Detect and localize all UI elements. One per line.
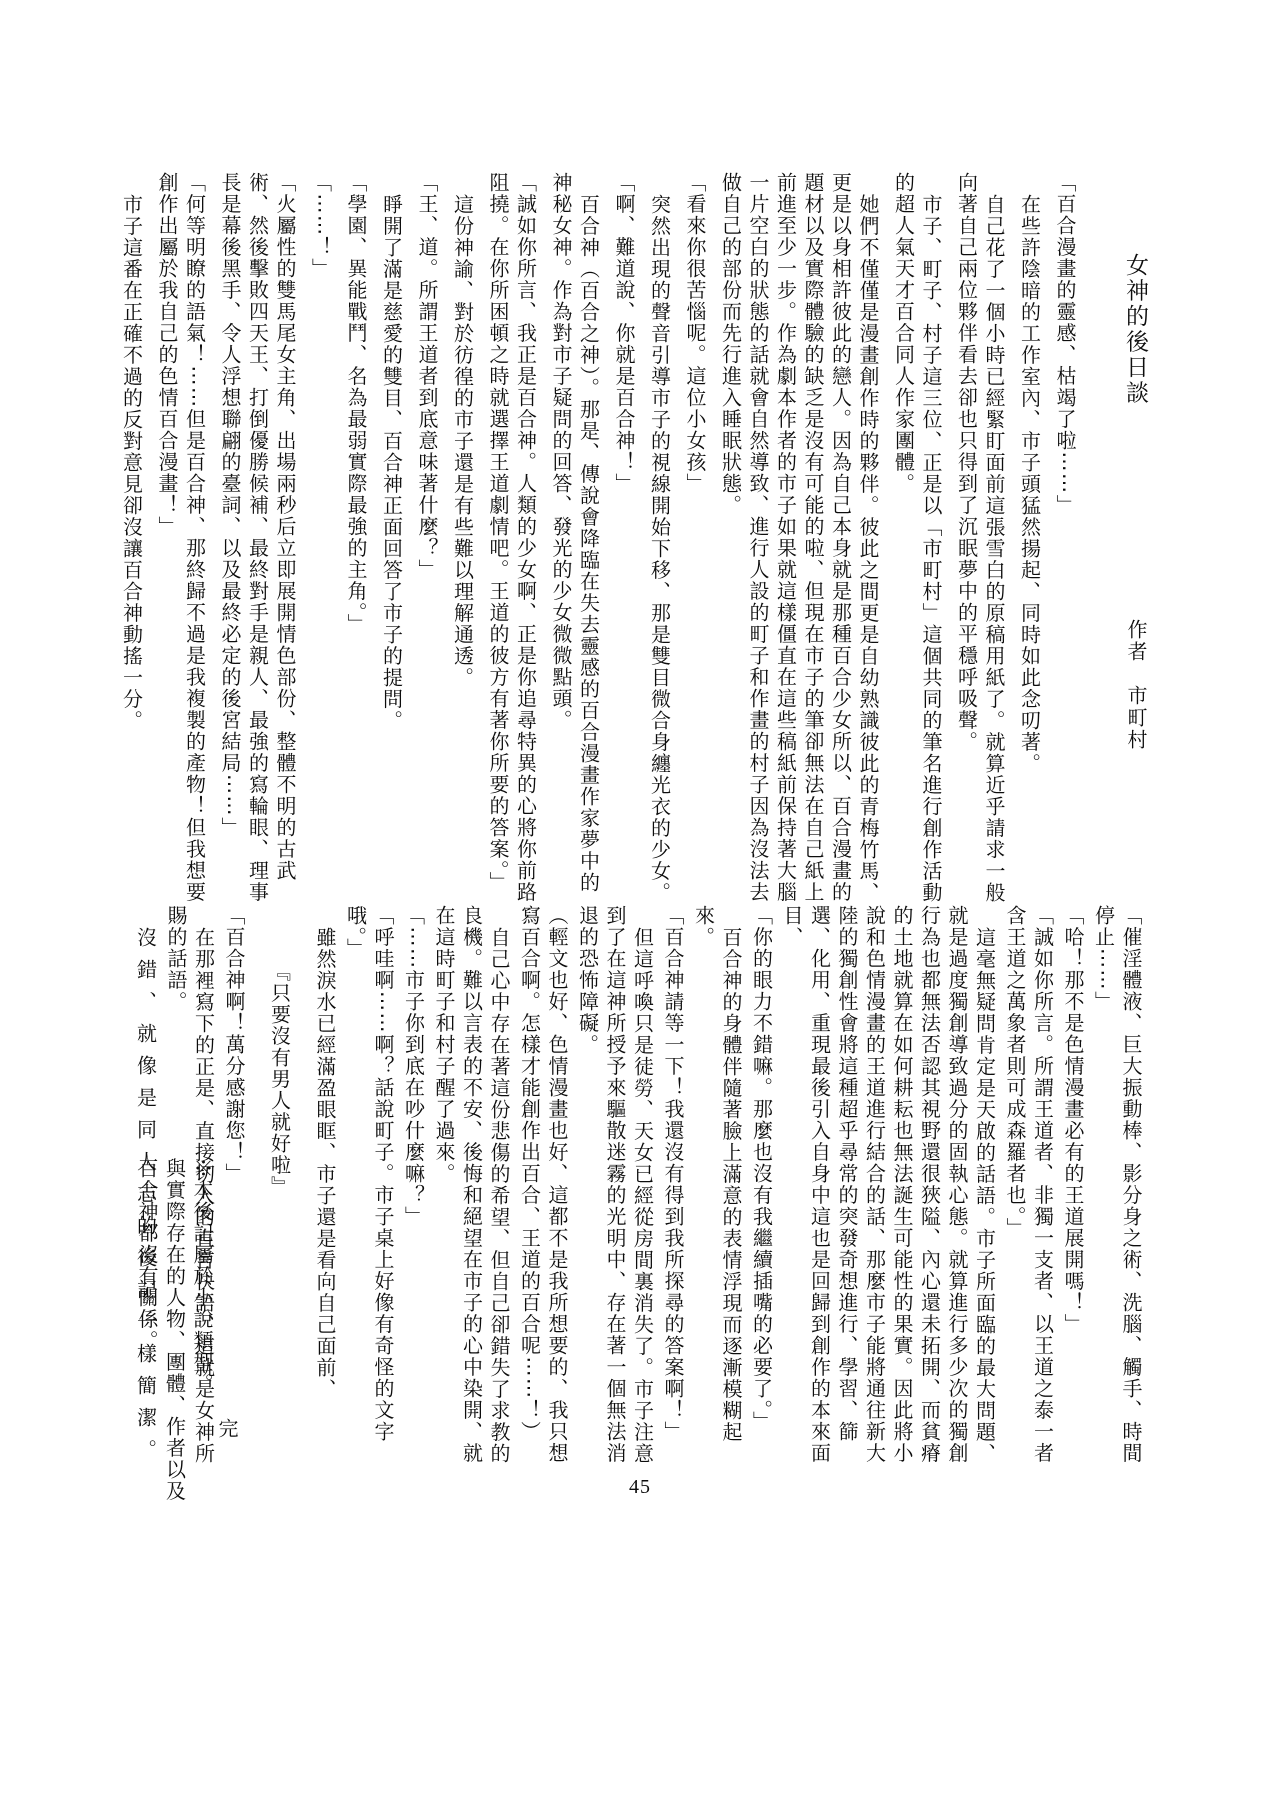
paragraph: 百合神（百合之神）。那是、傳說會降臨在失去靈感的百合漫畫作家夢中的神秘女神。作為…	[546, 172, 601, 914]
paragraph: 「催淫體液、巨大振動棒、影分身之術、洗腦、觸手、時間停止⋯⋯」	[1088, 905, 1143, 1477]
paragraph: 「何等明瞭的語氣！⋯⋯但是百合神、那終歸不過是我複製的產物！但我想要創作出屬於我…	[152, 172, 207, 914]
paragraph: 「火屬性的雙馬尾女主角、出場兩秒后立即展開情色部份、整體不明的古武術、然後擊敗四…	[215, 172, 298, 914]
page-header: 女神的後日談 作者 市町村	[1115, 253, 1155, 773]
paragraph: 她們不僅僅是漫畫創作時的夥伴。彼此之間更是自幼熟識彼此的青梅竹馬、更是以身相許彼…	[715, 172, 880, 914]
paragraph: （輕文也好、色情漫畫也好、這都不是我所想要的、我只想寫百合啊。怎樣才能創作出百合…	[514, 905, 569, 1477]
paragraph: 「百合神請等一下！我還沒有得到我所探尋的答案啊！」	[658, 905, 686, 1477]
afterword-page: 女神的後日談 作者 市町村 「百合漫畫的靈感、枯竭了啦⋯⋯」在些許陰暗的工作室內…	[0, 0, 1280, 1808]
end-mark: 完	[212, 1418, 241, 1438]
paragraph: 「哈！那不是色情漫畫必有的王道展開嗎！」	[1058, 905, 1086, 1477]
paragraph: 「百合漫畫的靈感、枯竭了啦⋯⋯」	[1050, 172, 1078, 914]
paragraph: 但這呼喚只是徒勞、天女已經從房間裏消失了。市子注意到了在這神所授予來驅散迷霧的光…	[572, 905, 655, 1477]
paragraph: 「⋯⋯市子你到底在吵什麼嘛？」	[398, 905, 426, 1477]
disclaimer-note: ※本後記屬於小說類型。與實際存在的人物、團體、作者以及百合神都沒有關係。	[128, 1158, 214, 1510]
paragraph: 睜開了滿是慈愛的雙目、百合神正面回答了市子的提問。	[376, 172, 404, 914]
paragraph: 「⋯⋯！」	[305, 172, 333, 914]
paragraph: 在些許陰暗的工作室內、市子頭猛然揚起、同時如此念叨著。	[1014, 172, 1042, 914]
paragraph: 「呼哇啊⋯⋯啊？話說町子。市子桌上好像有奇怪的文字哦。」	[340, 905, 395, 1477]
story-lower-block: 「催淫體液、巨大振動棒、影分身之術、洗腦、觸手、時間停止⋯⋯」「哈！那不是色情漫…	[208, 905, 1143, 1477]
page-title: 女神的後日談	[1123, 253, 1148, 406]
paragraph: 與實際存在的人物、團體、作者以及百合神都沒有關係。	[132, 1158, 187, 1510]
paragraph: 自己花了一個小時已經緊盯面前這張雪白的原稿用紙了。就算近乎請求一般向著自己兩位夥…	[951, 172, 1006, 914]
paragraph: ※本後記屬於小說類型。	[187, 1158, 215, 1510]
paragraph: 雖然淚水已經滿盈眼眶、市子還是看向自己面前、	[310, 905, 338, 1477]
author-credit: 作者 市町村	[1124, 619, 1146, 751]
paragraph: 百合神的身體伴隨著臉上滿意的表情浮現而逐漸模糊起來。	[688, 905, 743, 1477]
paragraph: 「誠如你所言。所謂王道者、非獨一支者、以王道之泰一者含王道之萬象者則可成森羅者也…	[1000, 905, 1055, 1477]
paragraph: 這份神諭、對於彷徨的市子還是有些難以理解通透。	[447, 172, 475, 914]
paragraph: 「誠如你所言、我正是百合神。人類的少女啊、正是你追尋特異的心將你前路阻撓。在你所…	[483, 172, 538, 914]
paragraph: 「啊、難道說、你就是百合神！」	[609, 172, 637, 914]
story-upper-block: 「百合漫畫的靈感、枯竭了啦⋯⋯」在些許陰暗的工作室內、市子頭猛然揚起、同時如此念…	[107, 172, 1077, 914]
paragraph: 「百合神啊！萬分感謝您！」	[219, 905, 247, 1477]
paragraph: 「看來你很苦惱呢。這位小女孩」	[680, 172, 708, 914]
goddess-quote-line: 『只要沒有男人就好啦』	[264, 905, 292, 1477]
paragraph: 「你的眼力不錯嘛。那麼也沒有我繼續插嘴的必要了。」	[746, 905, 774, 1477]
paragraph: 市子這番在正確不過的反對意見卻沒讓百合神動搖一分。	[116, 172, 144, 914]
paragraph: 自己心中存在著這份悲傷的希望、但自己卻錯失了求教的良機。難以言表的不安、後悔和絕…	[429, 905, 512, 1477]
paragraph: 這毫無疑問肯定是天啟的話語。市子所面臨的最大問題、就是過度獨創導致過分的固執心態…	[777, 905, 997, 1477]
paragraph: 突然出現的聲音引導市子的視線開始下移、那是雙目微合身纏光衣的少女。	[644, 172, 672, 914]
paragraph: 「王、道。所謂王道者到底意味著什麼？」	[412, 172, 440, 914]
paragraph: 市子、町子、村子這三位、正是以「市町村」這個共同的筆名進行創作活動的超人氣天才百…	[888, 172, 943, 914]
page-number: 45	[0, 1476, 1280, 1499]
paragraph: 「學園、異能戰鬥、名為最弱實際最強的主角。」	[341, 172, 369, 914]
